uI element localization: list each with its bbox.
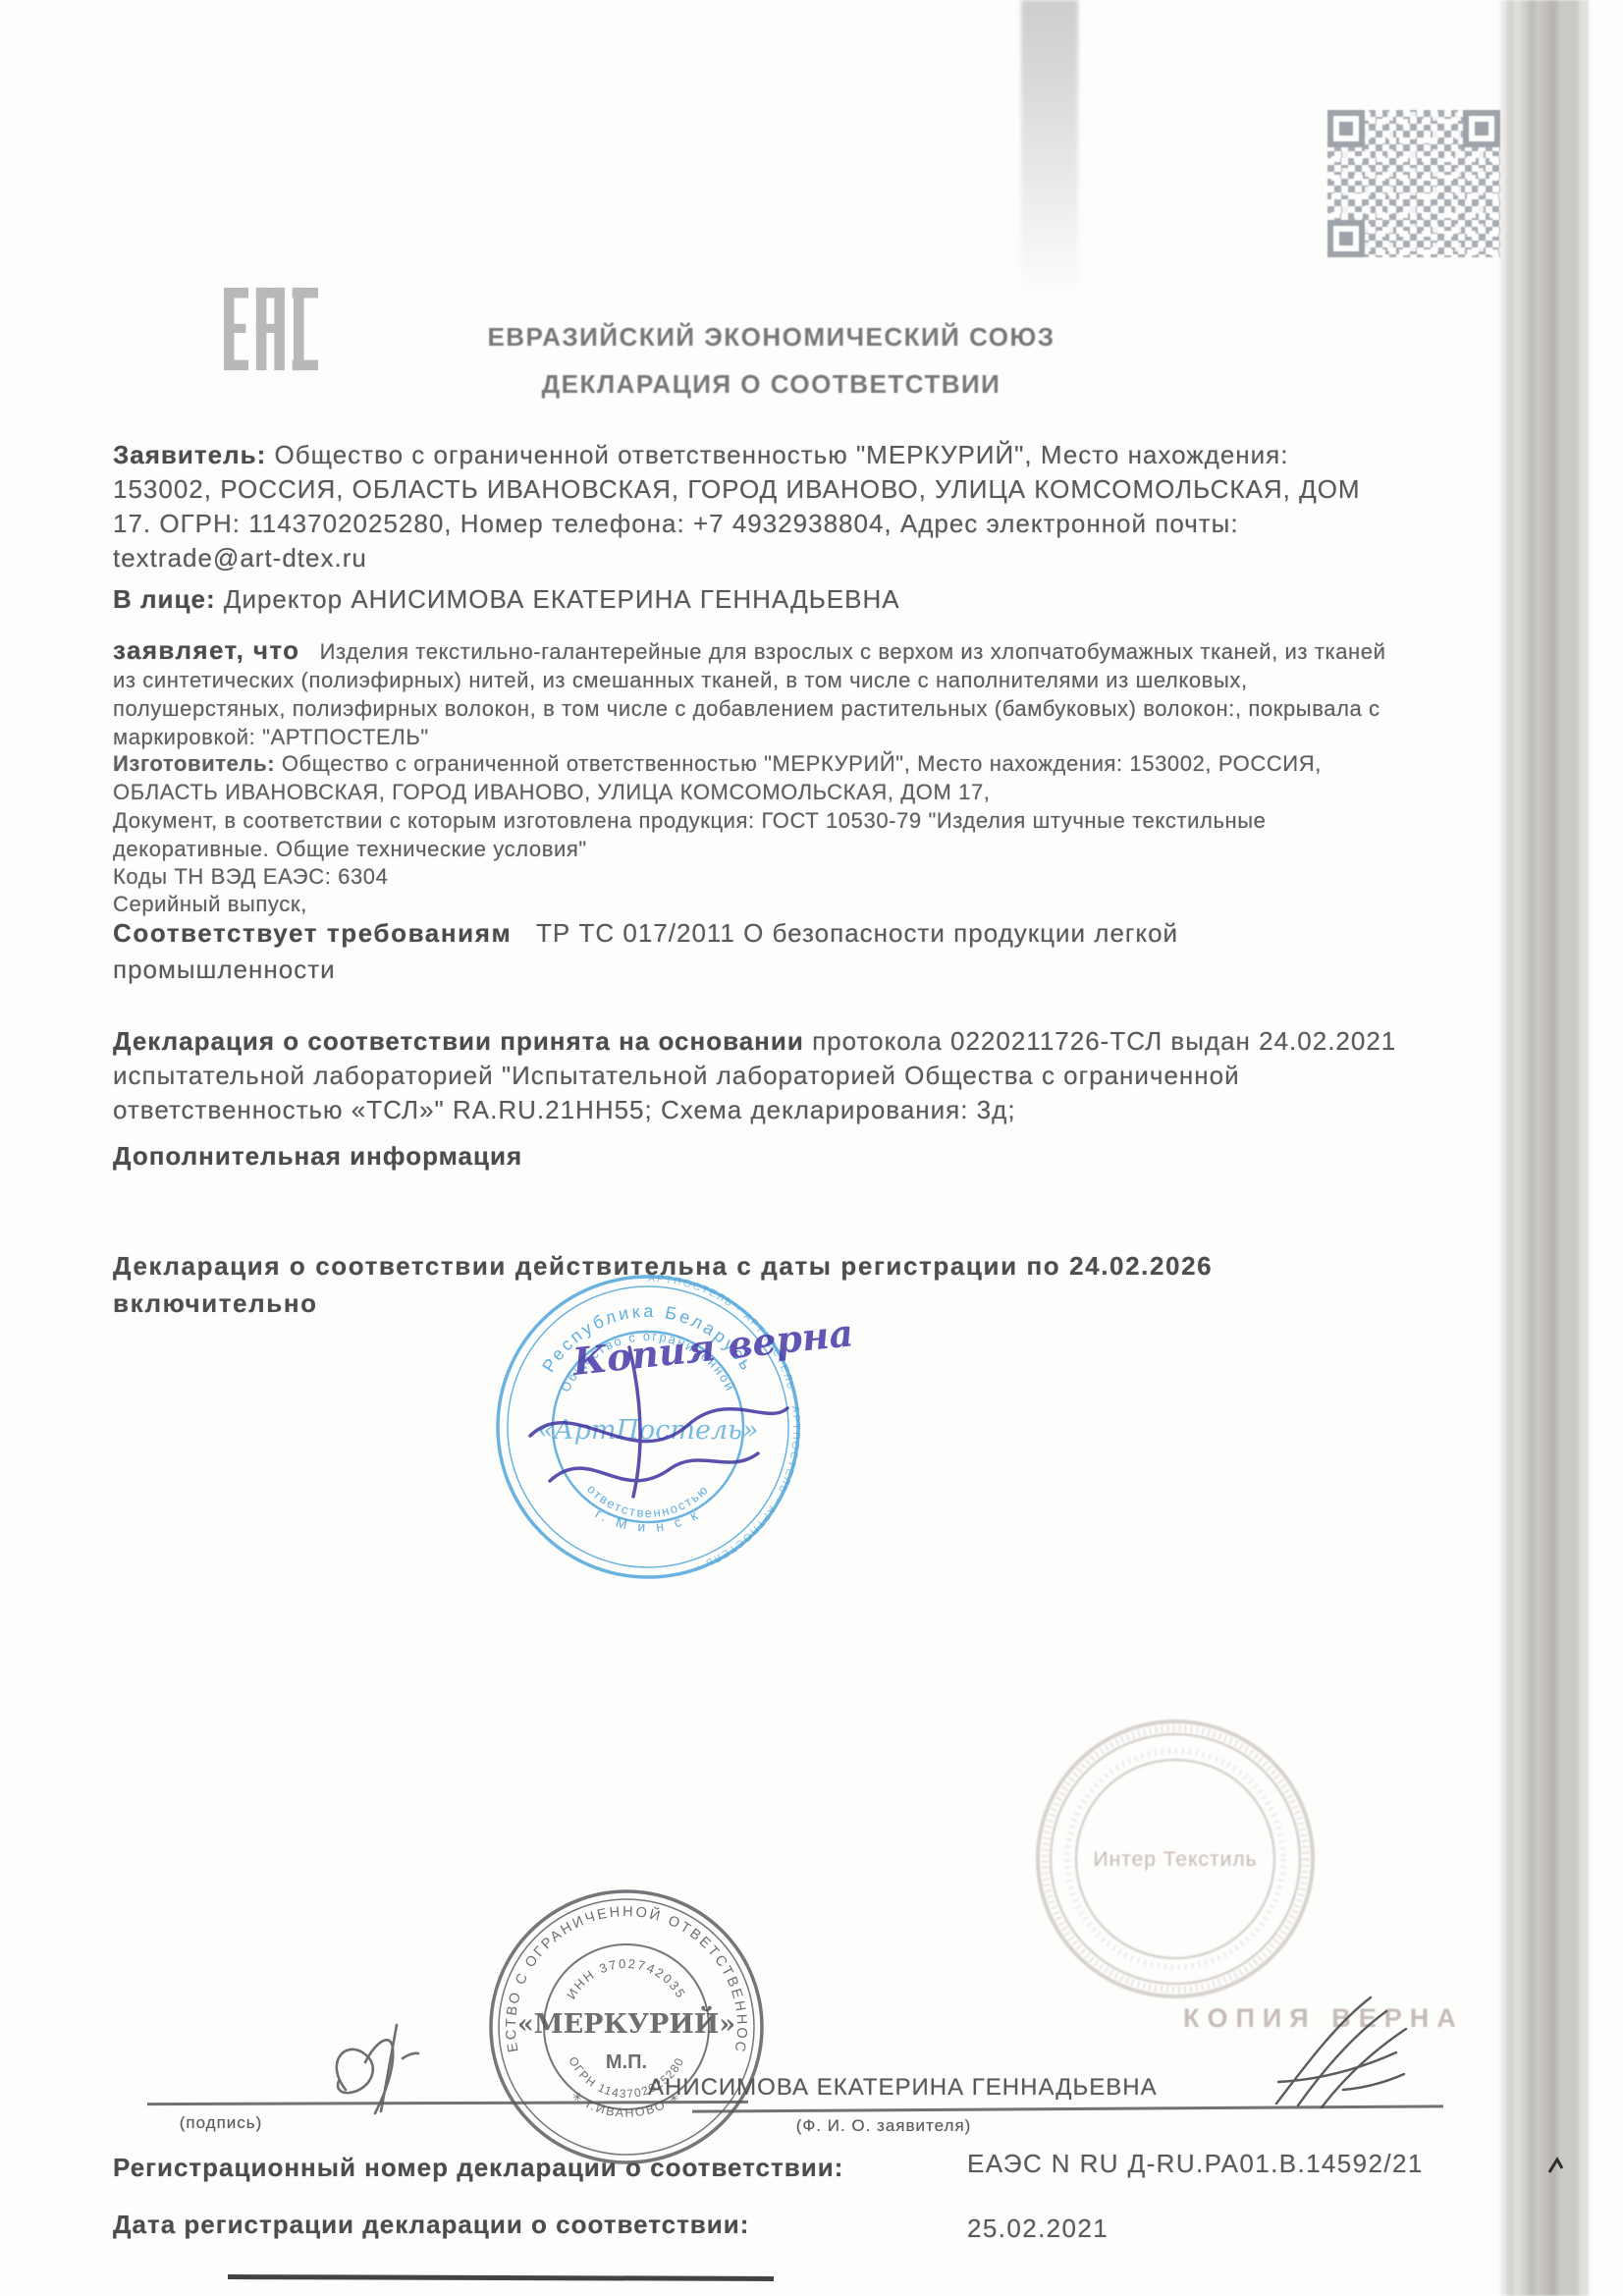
stamp-mercury-center: «МЕРКУРИЙ»	[517, 2005, 735, 2040]
paragraph-document-basis: Документ, в соответствии с которым изгот…	[113, 806, 1409, 863]
stamp-mercury-inn: ИНН 3702742035	[564, 1956, 689, 2002]
line-serial: Серийный выпуск,	[113, 890, 1409, 918]
stamp-intertextile: Интер Текстиль	[1033, 1717, 1318, 2001]
registration-date-value: 25.02.2021	[967, 2212, 1109, 2246]
basis-label: Декларация о соответствии принята на осн…	[113, 1026, 804, 1056]
scan-streak-top	[1021, 0, 1078, 312]
serial-text: Серийный выпуск,	[113, 892, 307, 916]
declares-text: Изделия текстильно-галантерейные для взр…	[113, 639, 1386, 749]
paragraph-manufacturer: Изготовитель: Общество с ограниченной от…	[113, 749, 1409, 806]
declaration-document: ЕАС	[0, 0, 1623, 2296]
applicant-label: Заявитель:	[113, 440, 266, 469]
paragraph-person: В лице: Директор АНИСИМОВА ЕКАТЕРИНА ГЕН…	[113, 582, 1389, 617]
applicant-text: Общество с ограниченной ответственностью…	[113, 440, 1361, 573]
name-caption: (Ф. И. О. заявителя)	[776, 2116, 992, 2136]
registration-date-label-text: Дата регистрации декларации о соответств…	[113, 2210, 749, 2239]
copy-note-text: КОПИЯ ВЕРНА	[1183, 2003, 1464, 2034]
svg-text:ИНН 3702742035: ИНН 3702742035	[564, 1956, 689, 2002]
scan-mark-bottom	[228, 2274, 774, 2281]
person-text: Директор АНИСИМОВА ЕКАТЕРИНА ГЕННАДЬЕВНА	[224, 584, 900, 614]
registration-date-label: Дата регистрации декларации о соответств…	[113, 2208, 749, 2242]
union-title: ЕВРАЗИЙСКИЙ ЭКОНОМИЧЕСКИЙ СОЮЗ	[391, 322, 1152, 353]
manufacturer-text: Общество с ограниченной ответственностью…	[113, 751, 1322, 804]
line-tnved-codes: Коды ТН ВЭД ЕАЭС: 6304	[113, 862, 1409, 891]
stamp-mercury-mp: М.П.	[606, 2051, 647, 2073]
signature-caption: (подпись)	[157, 2113, 285, 2133]
paragraph-protocol: Декларация о соответствии принята на осн…	[113, 1024, 1399, 1127]
qr-code	[1327, 110, 1500, 257]
stamp-mercury: ОБЩЕСТВО С ОГРАНИЧЕННОЙ ОТВЕТСТВЕННОСТЬЮ…	[485, 1886, 768, 2168]
codes-text: Коды ТН ВЭД ЕАЭС: 6304	[113, 864, 388, 889]
document-header: ЕВРАЗИЙСКИЙ ЭКОНОМИЧЕСКИЙ СОЮЗ ДЕКЛАРАЦИ…	[391, 322, 1152, 400]
stamp-artpostel: АРТПОСТЕЛЬ · АРТПОСТЕЛЬ · АРТПОСТЕЛЬ · А…	[491, 1270, 805, 1584]
additional-label: Дополнительная информация	[113, 1141, 522, 1171]
registration-number-value: ЕАЭС N RU Д-RU.РА01.В.14592/21	[967, 2147, 1424, 2181]
stamp-artpostel-center: «АртПостель»	[538, 1415, 759, 1446]
stamp-intertextile-center: Интер Текстиль	[1093, 1848, 1257, 1871]
paragraph-applicant: Заявитель: Общество с ограниченной ответ…	[113, 438, 1389, 575]
manufacturer-label: Изготовитель:	[113, 751, 275, 776]
conforms-label: Соответствует требованиям	[113, 918, 512, 948]
paragraph-declares: заявляет, что Изделия текстильно-галанте…	[113, 636, 1409, 751]
declaration-title: ДЕКЛАРАЦИЯ О СООТВЕТСТВИИ	[391, 369, 1152, 400]
person-label: В лице:	[113, 584, 216, 614]
name-line	[692, 2105, 1443, 2112]
eac-logo: ЕАС	[224, 265, 318, 393]
scan-streak-right	[1500, 0, 1589, 2296]
paragraph-conforms: Соответствует требованиям ТР ТС 017/2011…	[113, 915, 1242, 988]
line-additional-info: Дополнительная информация	[113, 1139, 1399, 1174]
declares-label: заявляет, что	[113, 635, 299, 665]
document-text: Документ, в соответствии с которым изгот…	[113, 808, 1267, 861]
pen-signature-left	[337, 2025, 418, 2113]
